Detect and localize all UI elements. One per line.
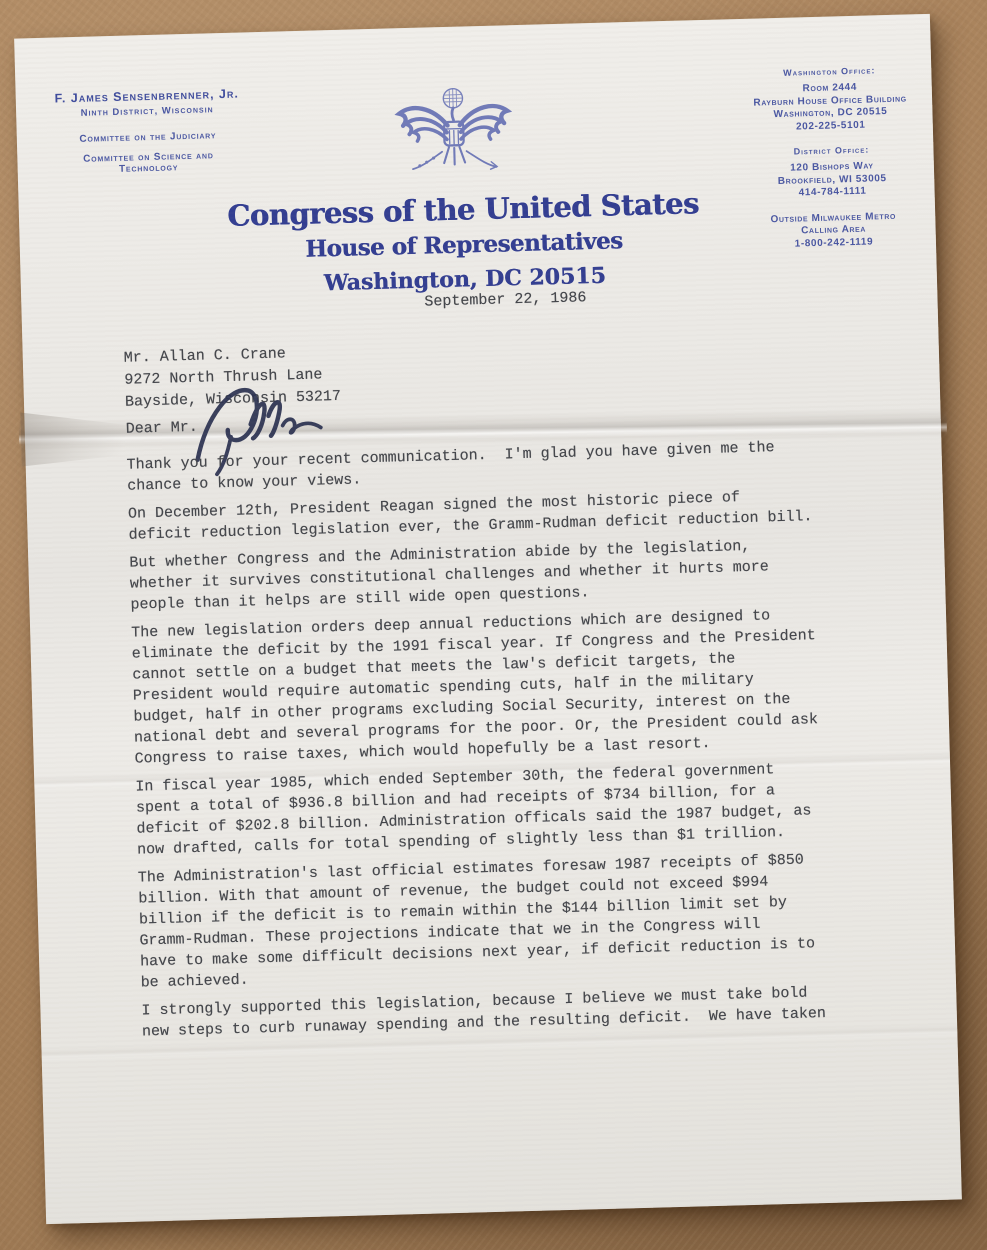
corkboard-background: F. James Sensenbrenner, Jr. Ninth Distri… xyxy=(0,0,987,1250)
letter-paragraph: In fiscal year 1985, which ended Septemb… xyxy=(135,757,877,861)
recipient-name: Mr. Allan C. Crane xyxy=(124,345,286,366)
letter-paragraph: The Administration's last official estim… xyxy=(138,848,881,994)
letter-paper: F. James Sensenbrenner, Jr. Ninth Distri… xyxy=(14,14,962,1224)
org-title-block: Congress of the United States House of R… xyxy=(5,180,923,305)
great-seal-eagle-icon xyxy=(392,81,517,190)
committee-judiciary: Committee on the Judiciary xyxy=(33,129,263,146)
letter-paragraph: But whether Congress and the Administrat… xyxy=(129,533,870,616)
letter-paragraph: The new legislation orders deep annual r… xyxy=(131,603,875,770)
member-info-block: F. James Sensenbrenner, Jr. Ninth Distri… xyxy=(32,86,264,177)
letter-body: Thank you for your recent communication.… xyxy=(126,435,882,1050)
letter-date: September 22, 1986 xyxy=(424,289,586,310)
committee-science-technology: Committee on Science and Technology xyxy=(33,149,264,177)
member-district: Ninth District, Wisconsin xyxy=(32,103,262,120)
